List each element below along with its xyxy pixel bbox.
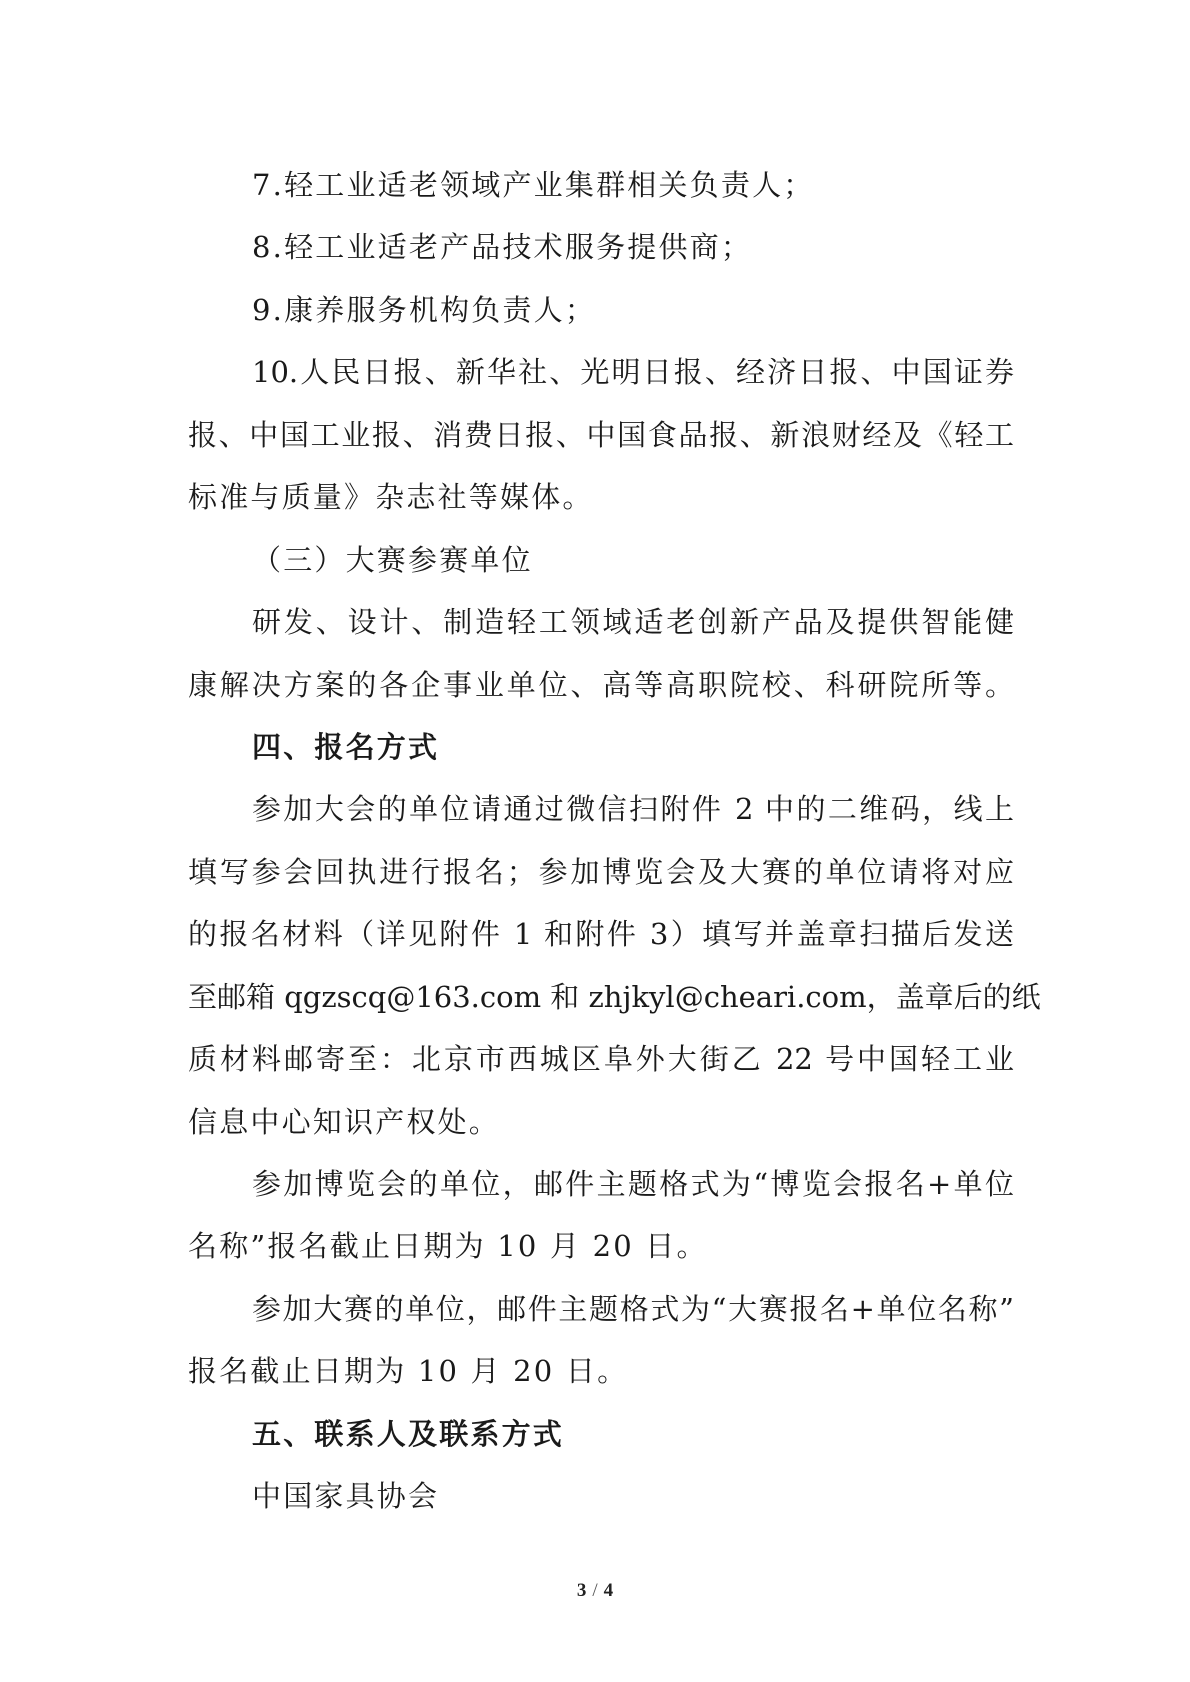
section-heading-registration: 四、报名方式 <box>188 716 1014 778</box>
page-number: 3/4 <box>0 1580 1190 1602</box>
expo-paragraph-line-2: 名称”报名截止日期为 10 月 20 日。 <box>188 1215 1014 1277</box>
section-heading-contacts: 五、联系人及联系方式 <box>188 1403 1014 1465</box>
contest-paragraph-line-1: 参加大赛的单位，邮件主题格式为“大赛报名+单位名称” <box>188 1278 1014 1340</box>
expo-paragraph-line-1: 参加博览会的单位，邮件主题格式为“博览会报名+单位 <box>188 1153 1014 1215</box>
list-item-9: 9.康养服务机构负责人； <box>188 279 1014 341</box>
registration-paragraph-line-1: 参加大会的单位请通过微信扫附件 2 中的二维码，线上 <box>188 778 1014 840</box>
page-current: 3 <box>577 1580 587 1601</box>
list-item-8: 8.轻工业适老产品技术服务提供商； <box>188 216 1014 278</box>
contact-organization: 中国家具协会 <box>188 1465 1014 1527</box>
participants-paragraph-line-2: 康解决方案的各企事业单位、高等高职院校、科研院所等。 <box>188 654 1014 716</box>
registration-paragraph-line-3: 的报名材料（详见附件 1 和附件 3）填写并盖章扫描后发送 <box>188 903 1014 965</box>
list-item-7: 7.轻工业适老领域产业集群相关负责人； <box>188 154 1014 216</box>
participants-paragraph-line-1: 研发、设计、制造轻工领域适老创新产品及提供智能健 <box>188 591 1014 653</box>
registration-paragraph-line-2: 填写参会回执进行报名；参加博览会及大赛的单位请将对应 <box>188 841 1014 903</box>
subsection-heading-participants: （三）大赛参赛单位 <box>188 529 1014 591</box>
document-body: 7.轻工业适老领域产业集群相关负责人； 8.轻工业适老产品技术服务提供商； 9.… <box>188 154 1014 1528</box>
list-item-10-line-3: 标准与质量》杂志社等媒体。 <box>188 466 1014 528</box>
registration-paragraph-line-5-address: 质材料邮寄至：北京市西城区阜外大街乙 22 号中国轻工业 <box>188 1028 1014 1090</box>
registration-paragraph-line-6: 信息中心知识产权处。 <box>188 1091 1014 1153</box>
contest-paragraph-line-2: 报名截止日期为 10 月 20 日。 <box>188 1340 1014 1402</box>
registration-paragraph-line-4-emails: 至邮箱 qgzscq@163.com 和 zhjkyl@cheari.com，盖… <box>188 966 1014 1028</box>
page-separator: / <box>592 1580 597 1601</box>
list-item-10-line-1: 10.人民日报、新华社、光明日报、经济日报、中国证券 <box>188 341 1014 403</box>
document-page: 7.轻工业适老领域产业集群相关负责人； 8.轻工业适老产品技术服务提供商； 9.… <box>0 0 1190 1682</box>
page-total: 4 <box>604 1580 614 1601</box>
list-item-10-line-2: 报、中国工业报、消费日报、中国食品报、新浪财经及《轻工 <box>188 404 1014 466</box>
